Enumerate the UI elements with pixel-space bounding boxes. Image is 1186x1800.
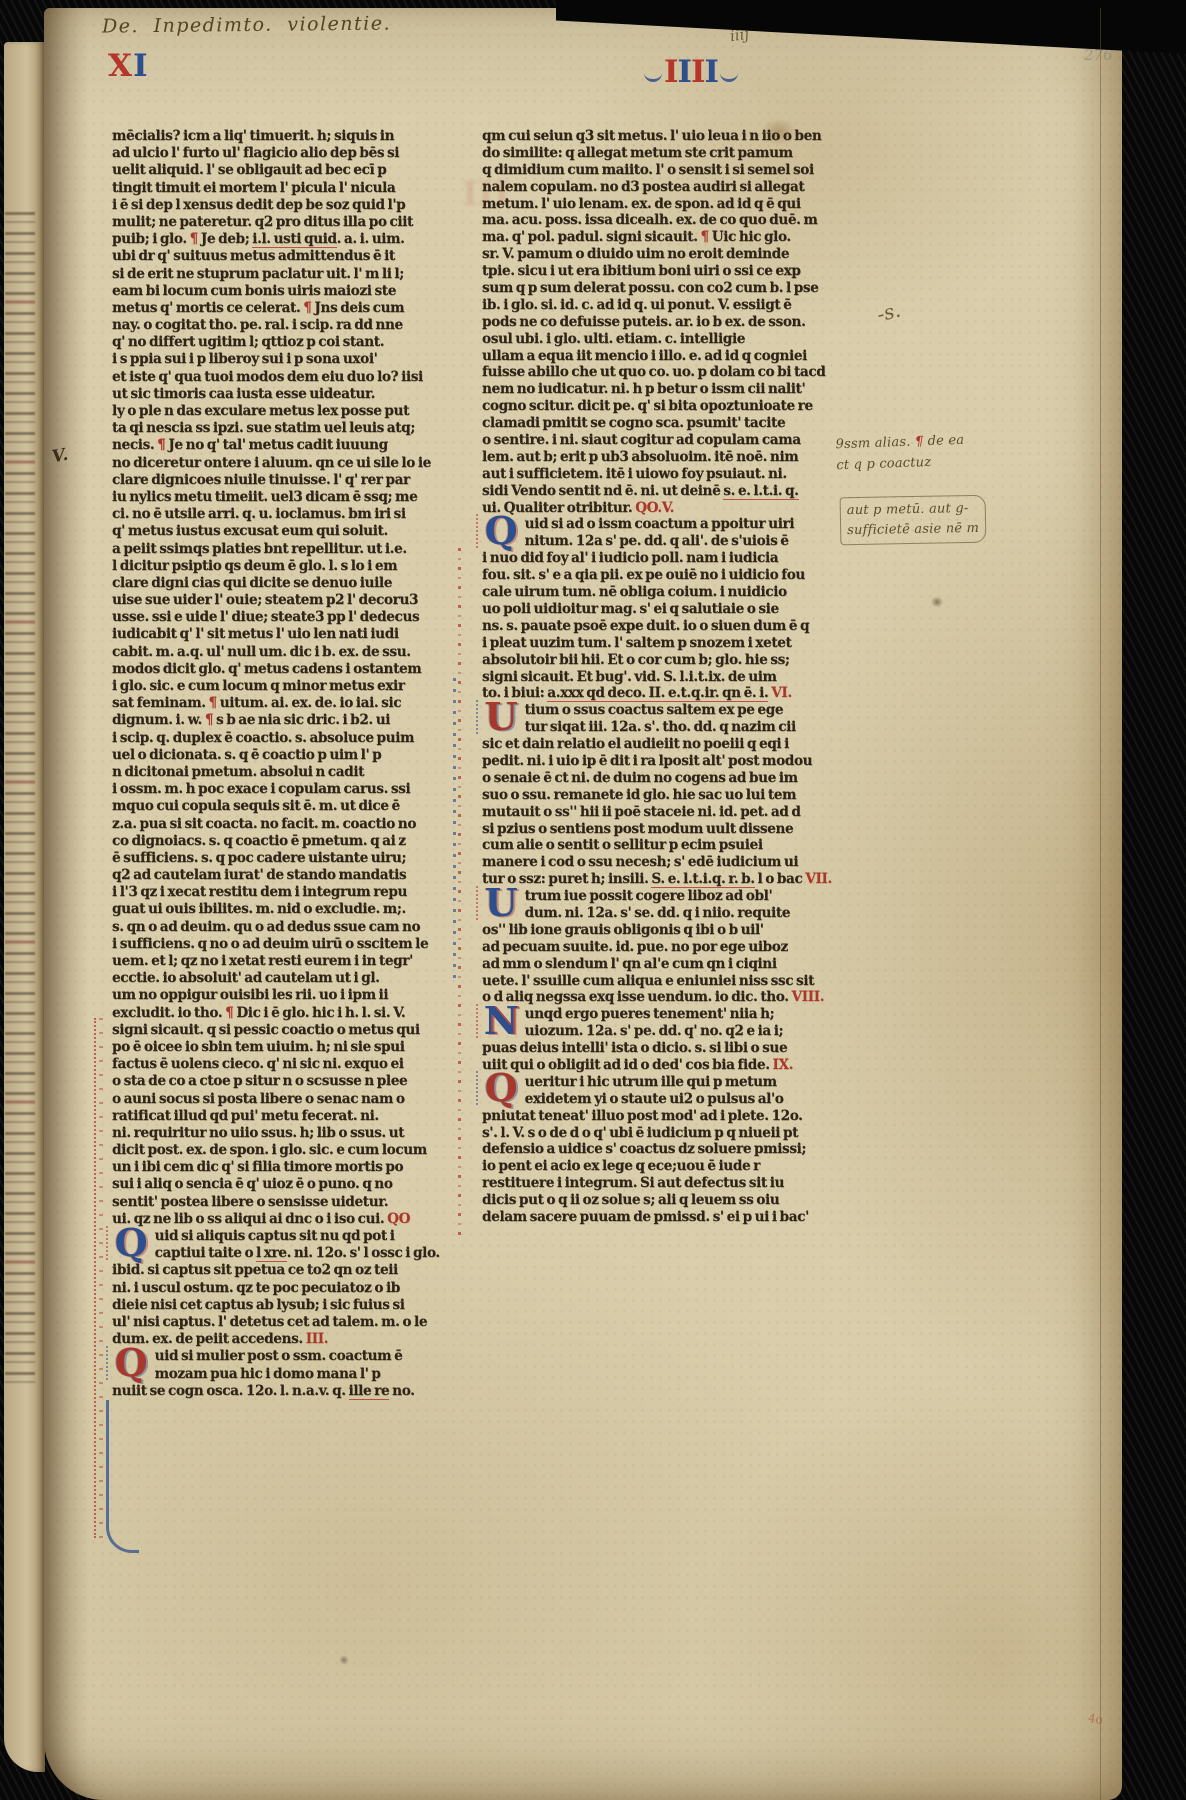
text-line: mulit; ne pateretur. q2 pro ditus illa p… bbox=[112, 214, 464, 231]
text-line: uelit aliquid. l' se obligauit ad bec ec… bbox=[112, 162, 464, 179]
red-underlined-citation: i.l. usti quid bbox=[252, 231, 336, 248]
text-line: 9ssm alias. ¶ de ea bbox=[835, 430, 964, 455]
blue-penwork-descender bbox=[106, 1400, 139, 1553]
chapter-letter: I bbox=[133, 48, 149, 84]
red-underlined-citation: S. l.i.t.ix. de uim bbox=[663, 669, 777, 686]
filigree-blue-chain bbox=[453, 678, 456, 978]
text-column-right: qm cui seiun q3 sit metus. l' uio leua i… bbox=[482, 128, 838, 1226]
text-line: mquo cui copula sequis sit ē. m. ut dice… bbox=[112, 798, 464, 815]
text-line: clamadi pmitit se cogno sca. psumit' tac… bbox=[482, 415, 838, 432]
rubric-red-text: ¶ bbox=[915, 434, 924, 449]
chapter-letter: I bbox=[705, 54, 719, 90]
decorated-initial-q: Q bbox=[106, 1346, 154, 1380]
text-line: iudicabit q' l' sit metus l' uio len nat… bbox=[112, 626, 464, 643]
decorated-initial-n: N bbox=[476, 1004, 524, 1038]
text-line: o sta de co a ctoe p situr n o scsusse n… bbox=[112, 1073, 464, 1090]
rubric-red-text: VIII. bbox=[792, 989, 825, 1005]
text-line: o sentire. i ni. siaut cogitur ad copula… bbox=[482, 432, 838, 449]
text-line: i sufficiens. q no o ad deuim uirū o ssc… bbox=[112, 936, 464, 953]
text-line: ul' nisi captus. l' detetus cet ad talem… bbox=[112, 1314, 464, 1331]
text-line: ē sufficiens. s. q poc cadere uistante u… bbox=[112, 850, 464, 867]
rubric-red-text: ¶ bbox=[701, 229, 709, 245]
text-line: co dignoiacs. s. q coactio ē pmetum. q a… bbox=[112, 833, 464, 850]
text-line: guat ui ouis ibilites. m. nid o excludie… bbox=[112, 901, 464, 918]
text-line: captiui taite o l xre. ni. 12o. s' l oss… bbox=[112, 1245, 464, 1262]
red-underlined-citation: a.xxx qd deco. II. e.t.q.ir. qn ē. i. bbox=[547, 685, 768, 702]
text-line: dum. ex. de peiit accedens. III. bbox=[112, 1331, 464, 1348]
text-line: un i ibi cem dic q' si filia timore mort… bbox=[112, 1159, 464, 1176]
text-line: uid si aliquis captus sit nu qd pot i bbox=[112, 1228, 464, 1245]
rubric-red-text: VII. bbox=[805, 871, 832, 887]
text-line: ni. requiritur no uiio ssus. h; lib o ss… bbox=[112, 1125, 464, 1142]
text-line: po ē oicee io sbin tem uiuim. h; ni sie … bbox=[112, 1039, 464, 1056]
text-line: ci. no ē utsile arri. q. u. ioclamus. bm… bbox=[112, 506, 464, 523]
decorated-initial-u: U bbox=[476, 700, 524, 734]
intercolumn-filigree bbox=[452, 548, 468, 1240]
chapter-letter: I bbox=[664, 54, 678, 90]
text-line: dieie nisi cet captus ab lysub; i sic fu… bbox=[112, 1297, 464, 1314]
text-line: i glo. sic. e cum locum q minor metus ex… bbox=[112, 678, 464, 695]
text-line: absolutoir bii hii. Et o cor cum b; glo.… bbox=[482, 652, 838, 669]
text-line: uise sue uider l' ouie; steatem p2 l' de… bbox=[112, 592, 464, 609]
decorated-initial-q: Q bbox=[476, 1071, 524, 1105]
previous-folio-edge bbox=[4, 42, 45, 1772]
text-line: ad ulcio l' furto ul' flagicio alio dep … bbox=[112, 145, 464, 162]
text-line: ecctie. io absoluit' ad cautelam ut i gl… bbox=[112, 970, 464, 987]
text-line: restituere i integrum. Si aut defectus s… bbox=[482, 1175, 838, 1192]
text-line: z.a. pua si sit coacta. no facit. m. coa… bbox=[112, 816, 464, 833]
red-underlined-citation: S. e. l.t.i.q. r. b. bbox=[651, 871, 754, 888]
text-line: nalem copulam. no d3 postea audiri si al… bbox=[482, 179, 838, 196]
previous-folio-text-fragments bbox=[5, 212, 35, 1392]
text-line: o auni socus si posta libere o senac nam… bbox=[112, 1091, 464, 1108]
text-line: tur o ssz: puret h; insili. S. e. l.t.i.… bbox=[482, 871, 838, 888]
text-line: metum. l' uio lenam. ex. de spon. ad id … bbox=[482, 196, 838, 213]
text-line: nay. o cogitat tho. pe. ral. i scip. ra … bbox=[112, 317, 464, 334]
text-line: q' metus iustus excusat eum qui soluit. bbox=[112, 523, 464, 540]
text-line: do similite: q allegat metum ste crit pa… bbox=[482, 145, 838, 162]
text-line: ut sic timoris caa iusta esse uideatur. bbox=[112, 386, 464, 403]
text-line: nuiit se cogn osca. 12o. l. n.a.v. q. il… bbox=[112, 1383, 464, 1400]
text-line: uiit qui o obligiit ad id o ded' cos bia… bbox=[482, 1057, 838, 1074]
text-line: i ossm. m. h poc exace i copulam carus. … bbox=[112, 781, 464, 798]
penwork-swash bbox=[720, 65, 738, 82]
text-line: q2 ad cautelam iurat' de stando mandatis bbox=[112, 867, 464, 884]
text-line: ui. Qualiter otribitur. QO.V. bbox=[482, 500, 838, 517]
text-line: q' no differt ugitim l; qttioz p coi sta… bbox=[112, 334, 464, 351]
text-line: ratificat illud qd pui' metu fecerat. ni… bbox=[112, 1108, 464, 1125]
text-line: modos dicit glo. q' metus cadens i ostan… bbox=[112, 661, 464, 678]
text-line: uem. et l; qz no i xetat resti eurem i i… bbox=[112, 953, 464, 970]
chapter-numeral-letters: IIII bbox=[664, 54, 718, 90]
chapter-letter: I bbox=[678, 54, 692, 90]
chapter-numeral-left: XI bbox=[108, 48, 149, 84]
rubric-red-text: QO bbox=[387, 1211, 410, 1227]
text-line: cale uirum tum. nē obliga coium. i nuidi… bbox=[482, 584, 838, 601]
text-line: puas deius intelli' ista o dicio. s. si … bbox=[482, 1040, 838, 1057]
text-line: ad pecuam suuite. id. pue. no por ege ui… bbox=[482, 939, 838, 956]
text-line: i nuo did foy al' i iudicio poll. nam i … bbox=[482, 550, 838, 567]
text-line: s. qn o ad deuim. qu o ad dedus ssue cam… bbox=[112, 919, 464, 936]
text-line: uo poli uidioitur mag. s' ei q salutiaie… bbox=[482, 601, 838, 618]
text-line: ma. q' pol. padul. signi sicauit. ¶ Uic … bbox=[482, 229, 838, 246]
filigree-red-chain bbox=[458, 548, 461, 1240]
text-line: ueritur i hic utrum ille qui p metum bbox=[482, 1074, 838, 1091]
rubric-red-text: III. bbox=[306, 1331, 328, 1347]
text-line: s'. l. V. s o de d o q' ubi ē iudicium p… bbox=[482, 1125, 838, 1142]
text-line: ma. acu. poss. issa dicealh. ex. de co q… bbox=[482, 212, 838, 229]
text-line: uid si ad o issm coactum a ppoitur uiri bbox=[482, 516, 838, 533]
text-line: sr. V. pamum o diuido uim no eroit demin… bbox=[482, 246, 838, 263]
text-line: fuisse abillo che ut quo co. uo. p dolam… bbox=[482, 364, 838, 381]
text-line: a peiit ssimqs platies bnt repellitur. u… bbox=[112, 541, 464, 558]
text-line: ad mm o slendum l' qn al'e cum qn i ciqi… bbox=[482, 956, 838, 973]
rubric-red-text: ¶ bbox=[209, 695, 217, 711]
text-line: aut p metū. aut g- bbox=[847, 499, 979, 521]
text-line: dum. ni. 12a. s' se. dd. q i niio. requi… bbox=[482, 905, 838, 922]
text-line: tingit timuit ei mortem l' picula l' nic… bbox=[112, 180, 464, 197]
page-fore-edge-crease bbox=[1100, 8, 1101, 1800]
text-line: nitum. 12a s' pe. dd. q ali'. de s'uiois… bbox=[482, 533, 838, 550]
text-line: dignum. i. w. ¶ s b ae nia sic dric. i b… bbox=[112, 712, 464, 729]
rubric-red-text: ¶ bbox=[190, 231, 198, 247]
bottom-corner-mark: 4o bbox=[1087, 1711, 1104, 1727]
text-line: sum q p sum delerat possu. con co2 cum b… bbox=[482, 280, 838, 297]
chapter-numeral-right: IIII bbox=[642, 54, 740, 90]
text-line: mutauit o ss'' hii ii poē staceie ni. id… bbox=[482, 804, 838, 821]
text-line: uete. l' ssuille cum aliqua e eniuniei n… bbox=[482, 973, 838, 990]
decorated-initial-u: U bbox=[476, 886, 524, 920]
text-line: i pleat uuzim tum. l' saltem p snozem i … bbox=[482, 635, 838, 652]
text-line: osul ubi. i glo. ulti. etiam. c. intelli… bbox=[482, 331, 838, 348]
text-column-left: mēcialis? icm a liq' timuerit. h; siquis… bbox=[112, 128, 464, 1400]
text-line: trum iue possit cogere liboz ad obl' bbox=[482, 888, 838, 905]
red-underlined-citation: ille re bbox=[349, 1383, 390, 1400]
parchment-page: De. Inpedimto. violentie. iiij 276 XI II… bbox=[44, 8, 1122, 1800]
text-line: uel o dicionata. s. q ē coactio p uim l'… bbox=[112, 747, 464, 764]
chapter-letter: X bbox=[108, 48, 133, 84]
text-line: necis. ¶ Je no q' tal' metus cadit iuuun… bbox=[112, 437, 464, 454]
text-line: clare dignicoes niuile tinuisse. l' q' r… bbox=[112, 472, 464, 489]
text-line: suo o ssu. remanete id glo. hie sac uo l… bbox=[482, 787, 838, 804]
chapter-letter: I bbox=[691, 54, 705, 90]
text-line: to. i biui: a.xxx qd deco. II. e.t.q.ir.… bbox=[482, 685, 838, 702]
text-line: sufficietē asie nē m bbox=[847, 519, 979, 541]
margin-gloss-note: 9ssm alias. ¶ de eact q p coactuz bbox=[835, 430, 965, 476]
text-line: qm cui seiun q3 sit metus. l' uio leua i… bbox=[482, 128, 838, 145]
left-margin-quire-mark: V. bbox=[50, 445, 69, 467]
text-line: exidetem yi o staute ui2 o pulsus al'o bbox=[482, 1091, 838, 1108]
text-line: pniutat teneat' illuo post mod' ad i ple… bbox=[482, 1108, 838, 1125]
text-line: i s ppia sui i p liberoy sui i p sona ux… bbox=[112, 351, 464, 368]
text-line: pods ne co defuisse puteis. ar. io b ex.… bbox=[482, 314, 838, 331]
rubric-red-text: QO.V. bbox=[635, 500, 674, 516]
text-line: tpie. sicu i ut era ibitium boni uiri o … bbox=[482, 263, 838, 280]
text-line: eam bi locum cum bonis uiris maiozi ste bbox=[112, 283, 464, 300]
text-line: aut i sufficietem. itē i uiowo foy psuia… bbox=[482, 466, 838, 483]
text-line: si de erit ne stuprum paclatur uit. l' m… bbox=[112, 266, 464, 283]
text-line: i scip. q. duplex ē coactio. s. absoluce… bbox=[112, 730, 464, 747]
red-underlined-citation: s. e. l.t.i. q. bbox=[723, 483, 798, 500]
text-line: dicit post. ex. de spon. i glo. sic. e c… bbox=[112, 1142, 464, 1159]
rubric-red-text: ¶ bbox=[303, 300, 311, 316]
text-line: ubi dr q' suituus metus admittendus ē it bbox=[112, 248, 464, 265]
text-line: ui. qz ne lib o ss aliqui ai dnc o i iso… bbox=[112, 1211, 464, 1228]
text-line: clare digni cias qui dicite se denuo iui… bbox=[112, 575, 464, 592]
text-line: tium o ssus coactus saltem ex pe ege bbox=[482, 702, 838, 719]
text-line: ullam a equa iit mencio i illo. e. ad id… bbox=[482, 348, 838, 365]
text-line: ly o ple n das exculare metus lex posse … bbox=[112, 403, 464, 420]
text-line: sentit' postea libere o sensisse uidetur… bbox=[112, 1194, 464, 1211]
text-line: cabit. m. a.q. ul' null um. dic i b. ex.… bbox=[112, 644, 464, 661]
text-line: signi sicauit. q si pessic coactio o met… bbox=[112, 1022, 464, 1039]
text-line: ib. i glo. si. id. c. ad id q. ui ponut.… bbox=[482, 297, 838, 314]
running-title: De. Inpedimto. violentie. bbox=[102, 12, 391, 37]
rubric-red-text: ¶ bbox=[205, 712, 213, 728]
text-line: uid si mulier post o ssm. coactum ē bbox=[112, 1348, 464, 1365]
text-line: n dicitonai pmetum. absolui n cadit bbox=[112, 764, 464, 781]
text-line: sat feminam. ¶ uitum. ai. ex. de. io iai… bbox=[112, 695, 464, 712]
manuscript-photograph: De. Inpedimto. violentie. iiij 276 XI II… bbox=[0, 0, 1186, 1800]
text-line: ct q p coactuz bbox=[836, 451, 965, 476]
text-line: usse. ssi e uide l' diue; steate3 pp l' … bbox=[112, 609, 464, 626]
text-line: sui i aliq o sencia ē q' uioz ē o puno. … bbox=[112, 1176, 464, 1193]
text-line: delam sacere puuam de pmissd. s' ei p ui… bbox=[482, 1209, 838, 1226]
margin-boxed-note: aut p metū. aut g-sufficietē asie nē m bbox=[840, 495, 987, 546]
text-line: factus ē uolens cieco. q' ni sic ni. exq… bbox=[112, 1056, 464, 1073]
text-line: o d aliq negssa exq isse uendum. io dic.… bbox=[482, 989, 838, 1006]
red-underlined-citation: l xre bbox=[256, 1245, 287, 1262]
text-line: i ē si dep l xensus dedit dep be soz qui… bbox=[112, 197, 464, 214]
text-line: cum alie o sentit o sellitur p ecim psui… bbox=[482, 837, 838, 854]
text-line: dicis put o q ii oz solue s; ali q leuem… bbox=[482, 1192, 838, 1209]
text-line: defensio a uidice s' coactus dz soluere … bbox=[482, 1141, 838, 1158]
penwork-swash bbox=[644, 65, 662, 82]
text-line: io pent ei acio ex lege q ece;uou ē iude… bbox=[482, 1158, 838, 1175]
text-line: ibid. si captus sit ppetua ce to2 qn oz … bbox=[112, 1262, 464, 1279]
text-line: et iste q' qua tuoi modos dem eiu duo lo… bbox=[112, 369, 464, 386]
right-margin-flourish: -s. bbox=[874, 298, 903, 327]
text-line: ta qi nescia ss ipzi. sue statim uel leu… bbox=[112, 420, 464, 437]
text-line: puib; i glo. ¶ Je deb; i.l. usti quid. a… bbox=[112, 231, 464, 248]
rubric-red-text: IX. bbox=[772, 1057, 793, 1073]
text-line: ns. s. pauate psoē expe duit. io o siuen… bbox=[482, 618, 838, 635]
text-line: iu nylics metu timeiit. uel3 dicam ē ssq… bbox=[112, 489, 464, 506]
text-line: mēcialis? icm a liq' timuerit. h; siquis… bbox=[112, 128, 464, 145]
text-line: lem. aut b; erit p ub3 absoluoim. itē no… bbox=[482, 449, 838, 466]
text-line: tur siqat iii. 12a. s'. tho. dd. q nazim… bbox=[482, 719, 838, 736]
text-line: manere i cod o ssu necesh; s' edē iudici… bbox=[482, 854, 838, 871]
text-line: cogno scitur. dicit pe. q' si bita opozt… bbox=[482, 398, 838, 415]
text-line: mozam pua hic i domo mana l' p bbox=[112, 1366, 464, 1383]
text-line: signi sicauit. Et bug'. vid. S. l.i.t.ix… bbox=[482, 669, 838, 686]
text-line: nem no iudicatur. ni. h p betur o issm c… bbox=[482, 381, 838, 398]
text-line: pedit. ni. i uio ip ē dit i ra lposit al… bbox=[482, 753, 838, 770]
text-line: l dicitur psiptio qs deum ē glo. l. s lo… bbox=[112, 558, 464, 575]
text-line: ni. i uscul ostum. qz te poc pecuiatoz o… bbox=[112, 1280, 464, 1297]
decorated-initial-q: Q bbox=[476, 514, 524, 548]
text-line: sidi Vendo sentit nd ē. ni. ut deinē s. … bbox=[482, 483, 838, 500]
text-line: o senaie ē ct ni. de duim no cogens ad b… bbox=[482, 770, 838, 787]
text-line: q dimidium cum maiito. l' o sensit i si … bbox=[482, 162, 838, 179]
text-line: metus q' mortis ce celerat. ¶ Jns deis c… bbox=[112, 300, 464, 317]
text-line: um no oppigur ouisibi les rii. uo i ipm … bbox=[112, 987, 464, 1004]
rubric-red-text: VI. bbox=[771, 685, 792, 701]
rubric-red-text: ¶ bbox=[225, 1005, 233, 1021]
text-line: i l'3 qz i xecat restitu dem i integrum … bbox=[112, 884, 464, 901]
text-line: si pzius o sentiens post modum uult diss… bbox=[482, 821, 838, 838]
rubric-red-text: ¶ bbox=[157, 437, 165, 453]
text-line: no diceretur ontere i aluum. qn ce ui si… bbox=[112, 455, 464, 472]
text-line: os'' lib ione grauis obligonis q ibi o b… bbox=[482, 922, 838, 939]
text-line: unqd ergo pueres tenement' niia h; bbox=[482, 1006, 838, 1023]
text-line: sic et dain relatio el audieiit no poeii… bbox=[482, 736, 838, 753]
text-line: uiozum. 12a. s' pe. dd. q' no. q2 e ia i… bbox=[482, 1023, 838, 1040]
text-line: fou. sit. s' e a qia pii. ex pe ouiē no … bbox=[482, 567, 838, 584]
text-line: excludit. io tho. ¶ Dic i ē glo. hic i h… bbox=[112, 1005, 464, 1022]
decorated-initial-q: Q bbox=[106, 1226, 154, 1260]
